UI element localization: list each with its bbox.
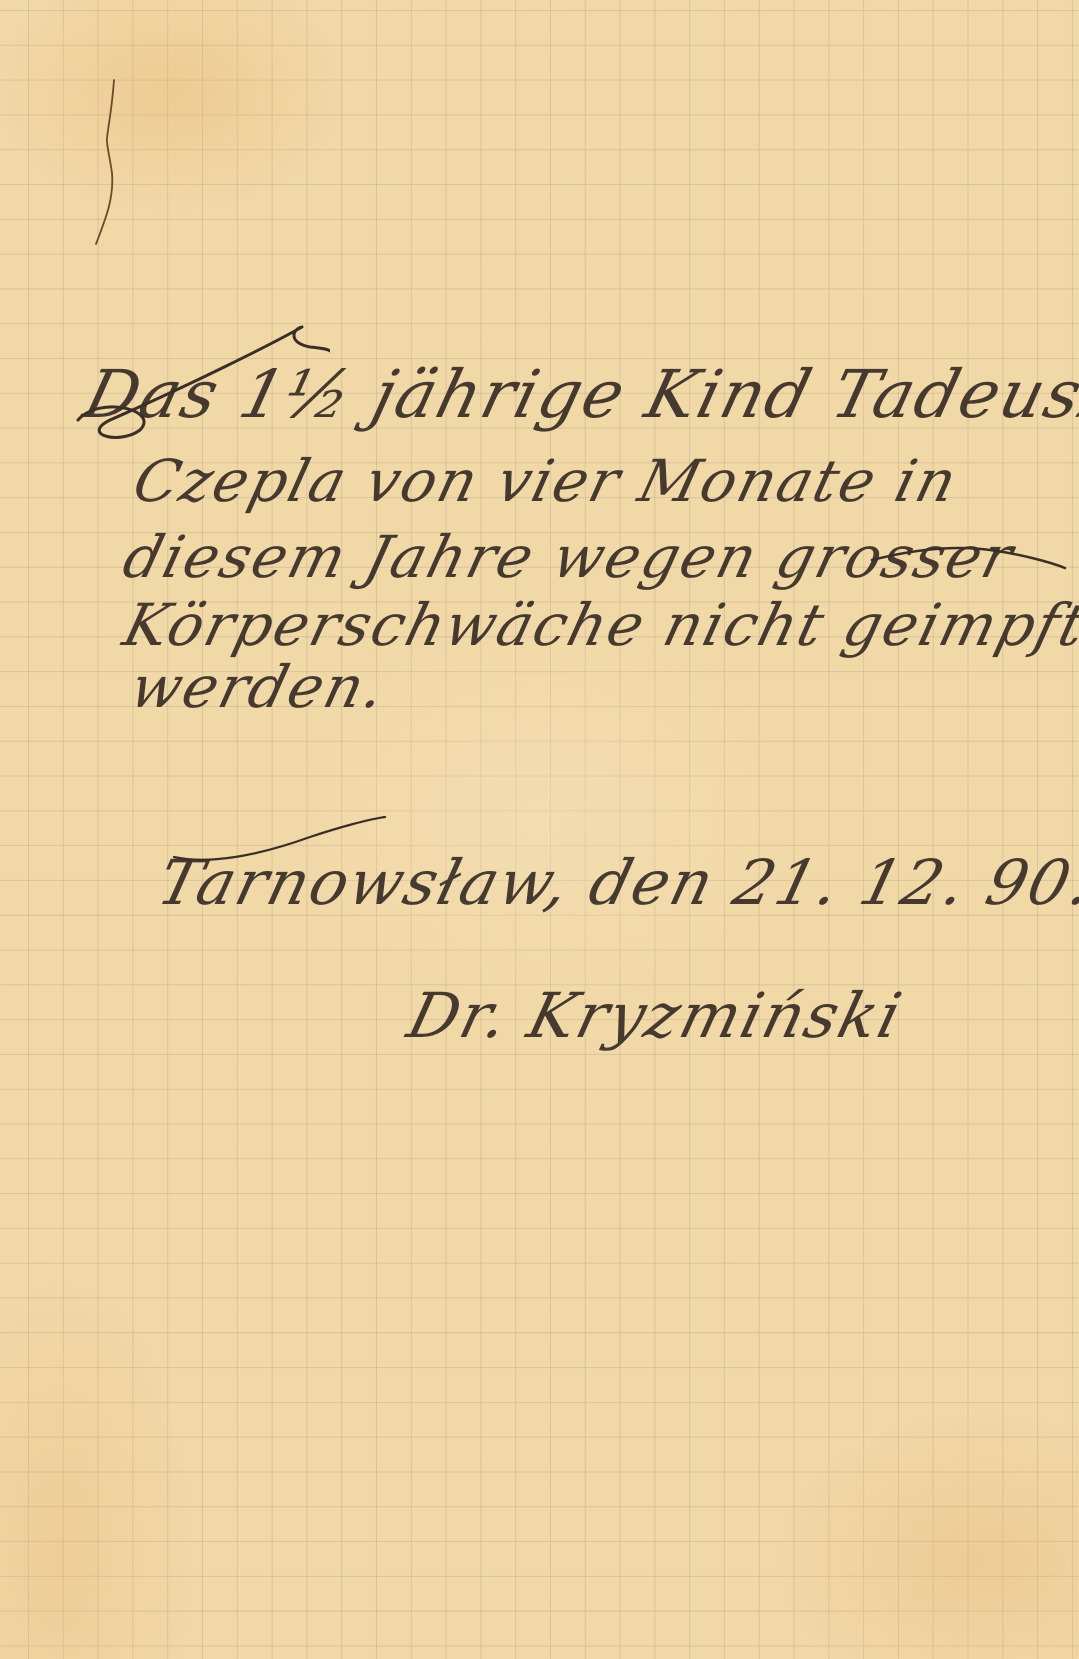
place-and-date: Tarnowsław, den 21. 12. 90. <box>152 852 1079 914</box>
body-line-5: werden. <box>125 658 392 716</box>
signature: Dr. Kryzmiński <box>402 985 909 1047</box>
body-line-4: Körperschwäche nicht geimpft <box>118 596 1079 654</box>
body-line-1: Das 1½ jährige Kind Tadeusz <box>78 362 1079 428</box>
document-page: Das 1½ jährige Kind Tadeusz Czepla von v… <box>0 0 1079 1659</box>
body-line-3: diesem Jahre wegen grosser <box>118 528 1020 586</box>
margin-pencil-mark-icon <box>92 78 122 248</box>
body-line-2: Czepla von vier Monate in <box>128 452 964 510</box>
